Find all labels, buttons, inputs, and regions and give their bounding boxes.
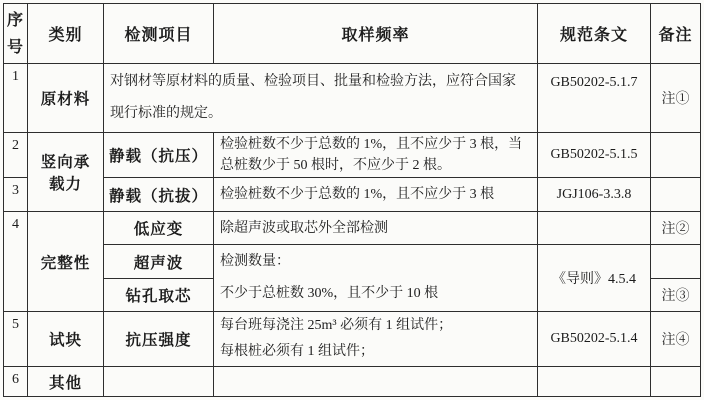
row-other-item bbox=[104, 367, 214, 397]
row-other-category: 其他 bbox=[28, 367, 104, 397]
row-integrity-serial: 4 bbox=[4, 212, 28, 312]
row-test-block-item: 抗压强度 bbox=[104, 312, 214, 367]
row-static-uplift-item: 静载（抗拔） bbox=[104, 178, 214, 212]
row-raw-material-remark: 注① bbox=[651, 64, 701, 133]
table-row: 超声波 检测数量： 不少于总桩数 30%，且不少于 10 根 《导则》4.5.4 bbox=[4, 245, 701, 279]
header-code: 规范条文 bbox=[538, 4, 651, 64]
table-row: 5 试块 抗压强度 每台班每浇注 25m³ 必须有 1 组试件； 每根桩必须有 … bbox=[4, 312, 701, 367]
table-row: 4 完整性 低应变 除超声波或取芯外全部检测 注② bbox=[4, 212, 701, 245]
table-header-row: 序 号 类别 检测项目 取样频率 规范条文 备注 bbox=[4, 4, 701, 64]
row-static-uplift-serial: 3 bbox=[4, 178, 28, 212]
row-ultrasonic-remark bbox=[651, 245, 701, 279]
row-integrity-category: 完整性 bbox=[28, 212, 104, 312]
row-raw-material-code: GB50202-5.1.7 bbox=[538, 64, 651, 133]
header-frequency: 取样频率 bbox=[214, 4, 538, 64]
row-static-compression-frequency: 检验桩数不少于总数的 1%，且不应少于 3 根，当 总桩数少于 50 根时，不应… bbox=[214, 133, 538, 178]
row-low-strain-code bbox=[538, 212, 651, 245]
row-other-code bbox=[538, 367, 651, 397]
header-remark: 备注 bbox=[651, 4, 701, 64]
row-ultrasonic-item: 超声波 bbox=[104, 245, 214, 279]
row-static-uplift-frequency: 检验桩数不少于总数的 1%，且不应少于 3 根 bbox=[214, 178, 538, 212]
row-test-block-remark: 注④ bbox=[651, 312, 701, 367]
row-static-uplift-remark bbox=[651, 178, 701, 212]
row-low-strain-item: 低应变 bbox=[104, 212, 214, 245]
table-row: 2 竖向承 载力 静载（抗压） 检验桩数不少于总数的 1%，且不应少于 3 根，… bbox=[4, 133, 701, 178]
table-row: 6 其他 bbox=[4, 367, 701, 397]
row-test-block-code: GB50202-5.1.4 bbox=[538, 312, 651, 367]
row-raw-material-serial: 1 bbox=[4, 64, 28, 133]
row-static-compression-item: 静载（抗压） bbox=[104, 133, 214, 178]
row-other-frequency bbox=[214, 367, 538, 397]
row-test-block-frequency: 每台班每浇注 25m³ 必须有 1 组试件； 每根桩必须有 1 组试件； bbox=[214, 312, 538, 367]
row-test-block-category: 试块 bbox=[28, 312, 104, 367]
row-static-compression-serial: 2 bbox=[4, 133, 28, 178]
row-other-remark bbox=[651, 367, 701, 397]
inspection-table: 序 号 类别 检测项目 取样频率 规范条文 备注 1 原材料 对钢材等原材料的质… bbox=[3, 3, 701, 397]
header-item: 检测项目 bbox=[104, 4, 214, 64]
row-raw-material-frequency: 对钢材等原材料的质量、检验项目、批量和检验方法，应符合国家 现行标准的规定。 bbox=[104, 64, 538, 133]
header-category: 类别 bbox=[28, 4, 104, 64]
row-test-block-serial: 5 bbox=[4, 312, 28, 367]
row-core-drilling-remark: 注③ bbox=[651, 279, 701, 312]
table-row: 1 原材料 对钢材等原材料的质量、检验项目、批量和检验方法，应符合国家 现行标准… bbox=[4, 64, 701, 133]
table-row: 3 静载（抗拔） 检验桩数不少于总数的 1%，且不应少于 3 根 JGJ106-… bbox=[4, 178, 701, 212]
row-raw-material-category: 原材料 bbox=[28, 64, 104, 133]
header-serial: 序 号 bbox=[4, 4, 28, 64]
row-ultrasonic-core-frequency: 检测数量： 不少于总桩数 30%，且不少于 10 根 bbox=[214, 245, 538, 312]
row-low-strain-frequency: 除超声波或取芯外全部检测 bbox=[214, 212, 538, 245]
row-ultrasonic-core-code: 《导则》4.5.4 bbox=[538, 245, 651, 312]
row-static-compression-code: GB50202-5.1.5 bbox=[538, 133, 651, 178]
row-core-drilling-item: 钻孔取芯 bbox=[104, 279, 214, 312]
row-low-strain-remark: 注② bbox=[651, 212, 701, 245]
row-static-compression-remark bbox=[651, 133, 701, 178]
row-vertical-capacity-category: 竖向承 载力 bbox=[28, 133, 104, 212]
row-static-uplift-code: JGJ106-3.3.8 bbox=[538, 178, 651, 212]
row-other-serial: 6 bbox=[4, 367, 28, 397]
